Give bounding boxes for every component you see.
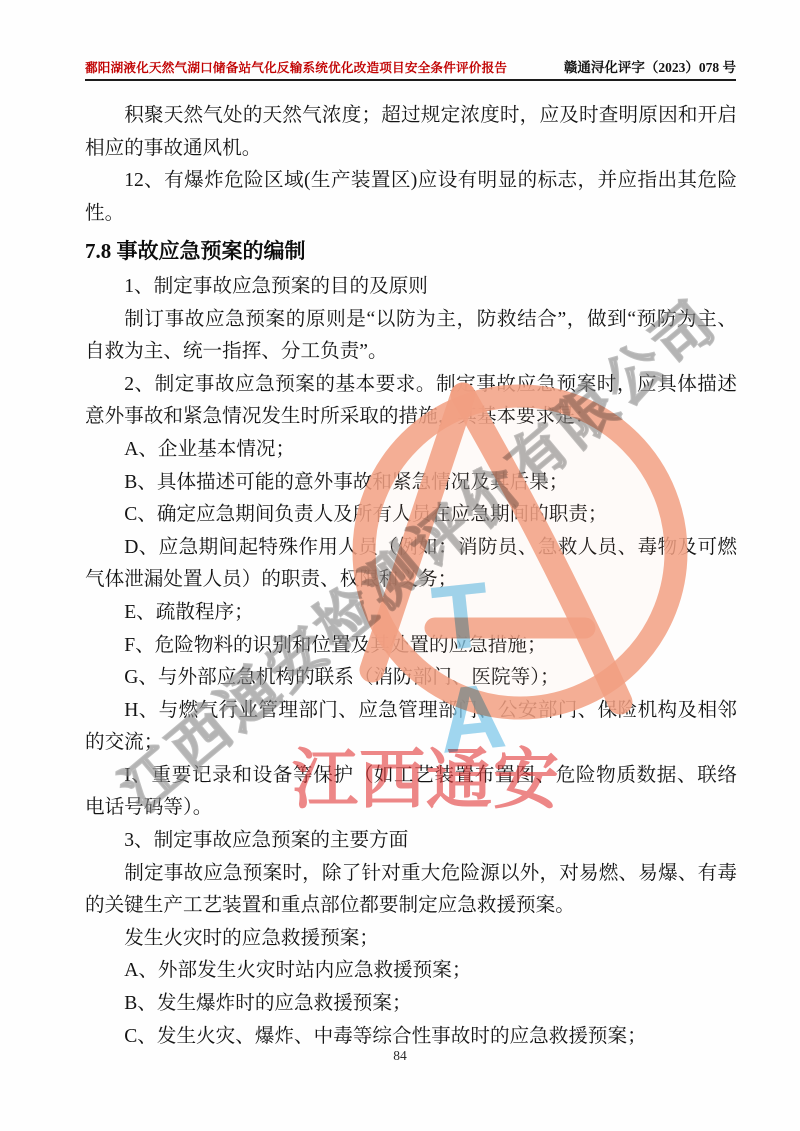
paragraph: A、外部发生火灾时站内应急救援预案； bbox=[85, 955, 737, 988]
paragraph: 12、有爆炸危险区域(生产装置区)应设有明显的标志，并应指出其危险性。 bbox=[85, 165, 737, 230]
paragraph: 制定事故应急预案时，除了针对重大危险源以外，对易燃、易爆、有毒的关键生产工艺装置… bbox=[85, 858, 737, 923]
paragraph: 发生火灾时的应急救援预案； bbox=[85, 923, 737, 956]
section-heading: 7.8 事故应急预案的编制 bbox=[85, 235, 737, 268]
paragraph: I、重要记录和设备等保护（如工艺装置布置图、危险物质数据、联络电话号码等）。 bbox=[85, 760, 737, 825]
intro-paragraph-group: 积聚天然气处的天然气浓度；超过规定浓度时，应及时查明原因和开启相应的事故通风机。… bbox=[85, 100, 737, 230]
paragraph: F、危险物料的识别和位置及其处置的应急措施； bbox=[85, 630, 737, 663]
header-doc-number: 赣通浔化评字（2023）078 号 bbox=[564, 56, 736, 76]
paragraph: 积聚天然气处的天然气浓度；超过规定浓度时，应及时查明原因和开启相应的事故通风机。 bbox=[85, 100, 737, 165]
paragraph: 制订事故应急预案的原则是“以防为主，防救结合”，做到“预防为主、自救为主、统一指… bbox=[85, 304, 737, 369]
paragraph: 2、制定事故应急预案的基本要求。制定事故应急预案时，应具体描述意外事故和紧急情况… bbox=[85, 369, 737, 434]
paragraph: H、与燃气行业管理部门、应急管理部门、公安部门、保险机构及相邻的交流； bbox=[85, 695, 737, 760]
page-number: 84 bbox=[393, 1048, 407, 1063]
paragraph: 1、制定事故应急预案的目的及原则 bbox=[85, 271, 737, 304]
paragraph: B、发生爆炸时的应急救援预案； bbox=[85, 988, 737, 1021]
paragraph: B、具体描述可能的意外事故和紧急情况及其后果； bbox=[85, 467, 737, 500]
paragraph: 3、制定事故应急预案的主要方面 bbox=[85, 825, 737, 858]
report-page: 鄱阳湖液化天然气湖口储备站气化反输系统优化改造项目安全条件评价报告 赣通浔化评字… bbox=[0, 0, 800, 1131]
paragraph: A、企业基本情况； bbox=[85, 434, 737, 467]
paragraph: E、疏散程序； bbox=[85, 597, 737, 630]
page-header: 鄱阳湖液化天然气湖口储备站气化反输系统优化改造项目安全条件评价报告 赣通浔化评字… bbox=[85, 56, 736, 81]
section-paragraph-group: 1、制定事故应急预案的目的及原则制订事故应急预案的原则是“以防为主，防救结合”，… bbox=[85, 271, 737, 1053]
page-footer: 84 bbox=[0, 1048, 800, 1064]
paragraph: G、与外部应急机构的联系（消防部门、医院等）； bbox=[85, 662, 737, 695]
document-body: 积聚天然气处的天然气浓度；超过规定浓度时，应及时查明原因和开启相应的事故通风机。… bbox=[85, 100, 737, 1053]
paragraph: D、应急期间起特殊作用人员（例如：消防员、急救人员、毒物及可燃气体泄漏处置人员）… bbox=[85, 532, 737, 597]
header-report-title: 鄱阳湖液化天然气湖口储备站气化反输系统优化改造项目安全条件评价报告 bbox=[85, 57, 507, 76]
paragraph: C、确定应急期间负责人及所有人员在应急期间的职责； bbox=[85, 499, 737, 532]
